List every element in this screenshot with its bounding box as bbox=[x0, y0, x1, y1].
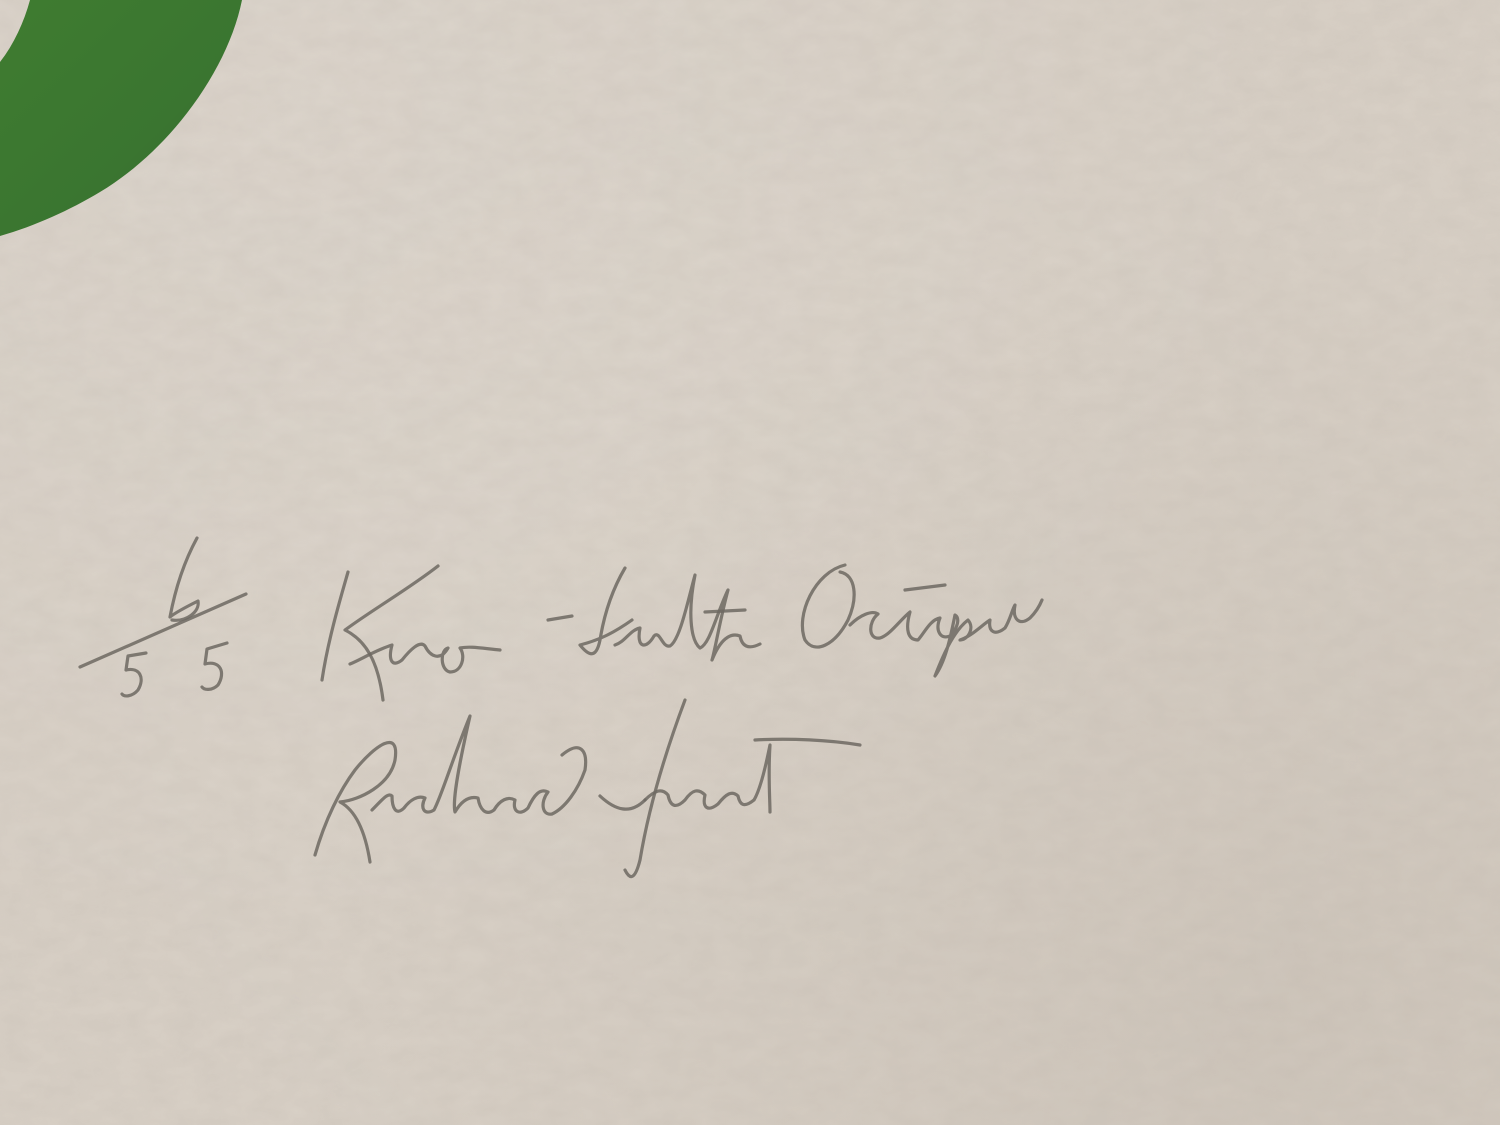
edition-number-strokes bbox=[80, 538, 246, 696]
signature-strokes bbox=[315, 700, 860, 877]
pencil-inscription bbox=[0, 0, 1500, 1125]
title-strokes bbox=[322, 565, 1042, 700]
